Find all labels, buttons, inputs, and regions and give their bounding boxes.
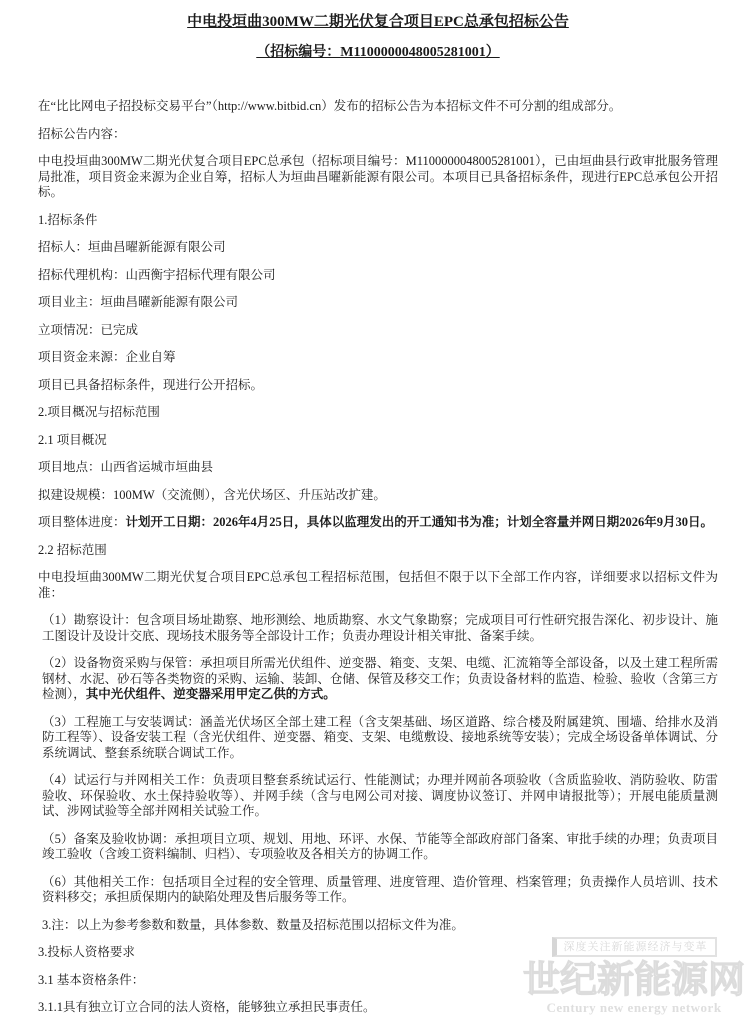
project-schedule-dates: 计划开工日期：2026年4月25日，具体以监理发出的开工通知书为准；计划全容量并… bbox=[126, 515, 714, 529]
project-schedule-line: 项目整体进度：计划开工日期：2026年4月25日，具体以监理发出的开工通知书为准… bbox=[38, 515, 718, 531]
section-2-heading: 2.项目概况与招标范围 bbox=[38, 405, 718, 421]
document-title: 中电投垣曲300MW二期光伏复合项目EPC总承包招标公告 bbox=[38, 12, 718, 32]
scope-item-4: （4）试运行与并网相关工作：负责项目整套系统试运行、性能测试；办理并网前各项验收… bbox=[38, 773, 718, 820]
agency-line: 招标代理机构：山西衡宇招标代理有限公司 bbox=[38, 268, 718, 284]
project-location-line: 项目地点：山西省运城市垣曲县 bbox=[38, 460, 718, 476]
scope-item-3: （3）工程施工与安装调试：涵盖光伏场区全部土建工程（含支架基础、场区道路、综合楼… bbox=[38, 715, 718, 762]
section-3-1-heading: 3.1 基本资格条件： bbox=[38, 973, 718, 989]
section-2-2-heading: 2.2 招标范围 bbox=[38, 543, 718, 559]
section-3-heading: 3.投标人资格要求 bbox=[38, 945, 718, 961]
section-1-heading: 1.招标条件 bbox=[38, 213, 718, 229]
funding-source-line: 项目资金来源：企业自筹 bbox=[38, 350, 718, 366]
scope-item-6: （6）其他相关工作：包括项目全过程的安全管理、质量管理、进度管理、造价管理、档案… bbox=[38, 875, 718, 906]
scope-item-5: （5）备案及验收协调：承担项目立项、规划、用地、环评、水保、节能等全部政府部门备… bbox=[38, 832, 718, 863]
conditions-ready-line: 项目已具备招标条件，现进行公开招标。 bbox=[38, 378, 718, 394]
platform-notice: 在“比比网电子招投标交易平台”（http://www.bitbid.cn）发布的… bbox=[38, 99, 718, 115]
scope-item-2: （2）设备物资采购与保管：承担项目所需光伏组件、逆变器、箱变、支架、电缆、汇流箱… bbox=[38, 656, 718, 703]
document-body: 在“比比网电子招投标交易平台”（http://www.bitbid.cn）发布的… bbox=[38, 99, 718, 1016]
owner-line: 项目业主：垣曲昌曜新能源有限公司 bbox=[38, 295, 718, 311]
scope-intro-paragraph: 中电投垣曲300MW二期光伏复合项目EPC总承包工程招标范围，包括但不限于以下全… bbox=[38, 570, 718, 601]
tender-number-subtitle: （招标编号：M1100000048005281001） bbox=[38, 44, 718, 62]
construction-scale-line: 拟建设规模：100MW（交流侧），含光伏场区、升压站改扩建。 bbox=[38, 488, 718, 504]
announcement-content-label: 招标公告内容： bbox=[38, 127, 718, 143]
tender-announcement-document: 中电投垣曲300MW二期光伏复合项目EPC总承包招标公告 （招标编号：M1100… bbox=[0, 0, 754, 1020]
project-schedule-label: 项目整体进度： bbox=[38, 515, 126, 529]
clause-3-1-1: 3.1.1具有独立订立合同的法人资格，能够独立承担民事责任。 bbox=[38, 1000, 718, 1016]
note-paragraph: 3.注：以上为参考参数和数量，具体参数、数量及招标范围以招标文件为准。 bbox=[38, 918, 718, 934]
section-2-1-heading: 2.1 项目概况 bbox=[38, 433, 718, 449]
scope-item-1: （1）勘察设计：包含项目场址勘察、地形测绘、地质勘察、水文气象勘察；完成项目可行… bbox=[38, 613, 718, 644]
tenderer-line: 招标人：垣曲昌曜新能源有限公司 bbox=[38, 240, 718, 256]
approval-status-line: 立项情况：已完成 bbox=[38, 323, 718, 339]
project-overview-paragraph: 中电投垣曲300MW二期光伏复合项目EPC总承包（招标项目编号：M1100000… bbox=[38, 154, 718, 201]
